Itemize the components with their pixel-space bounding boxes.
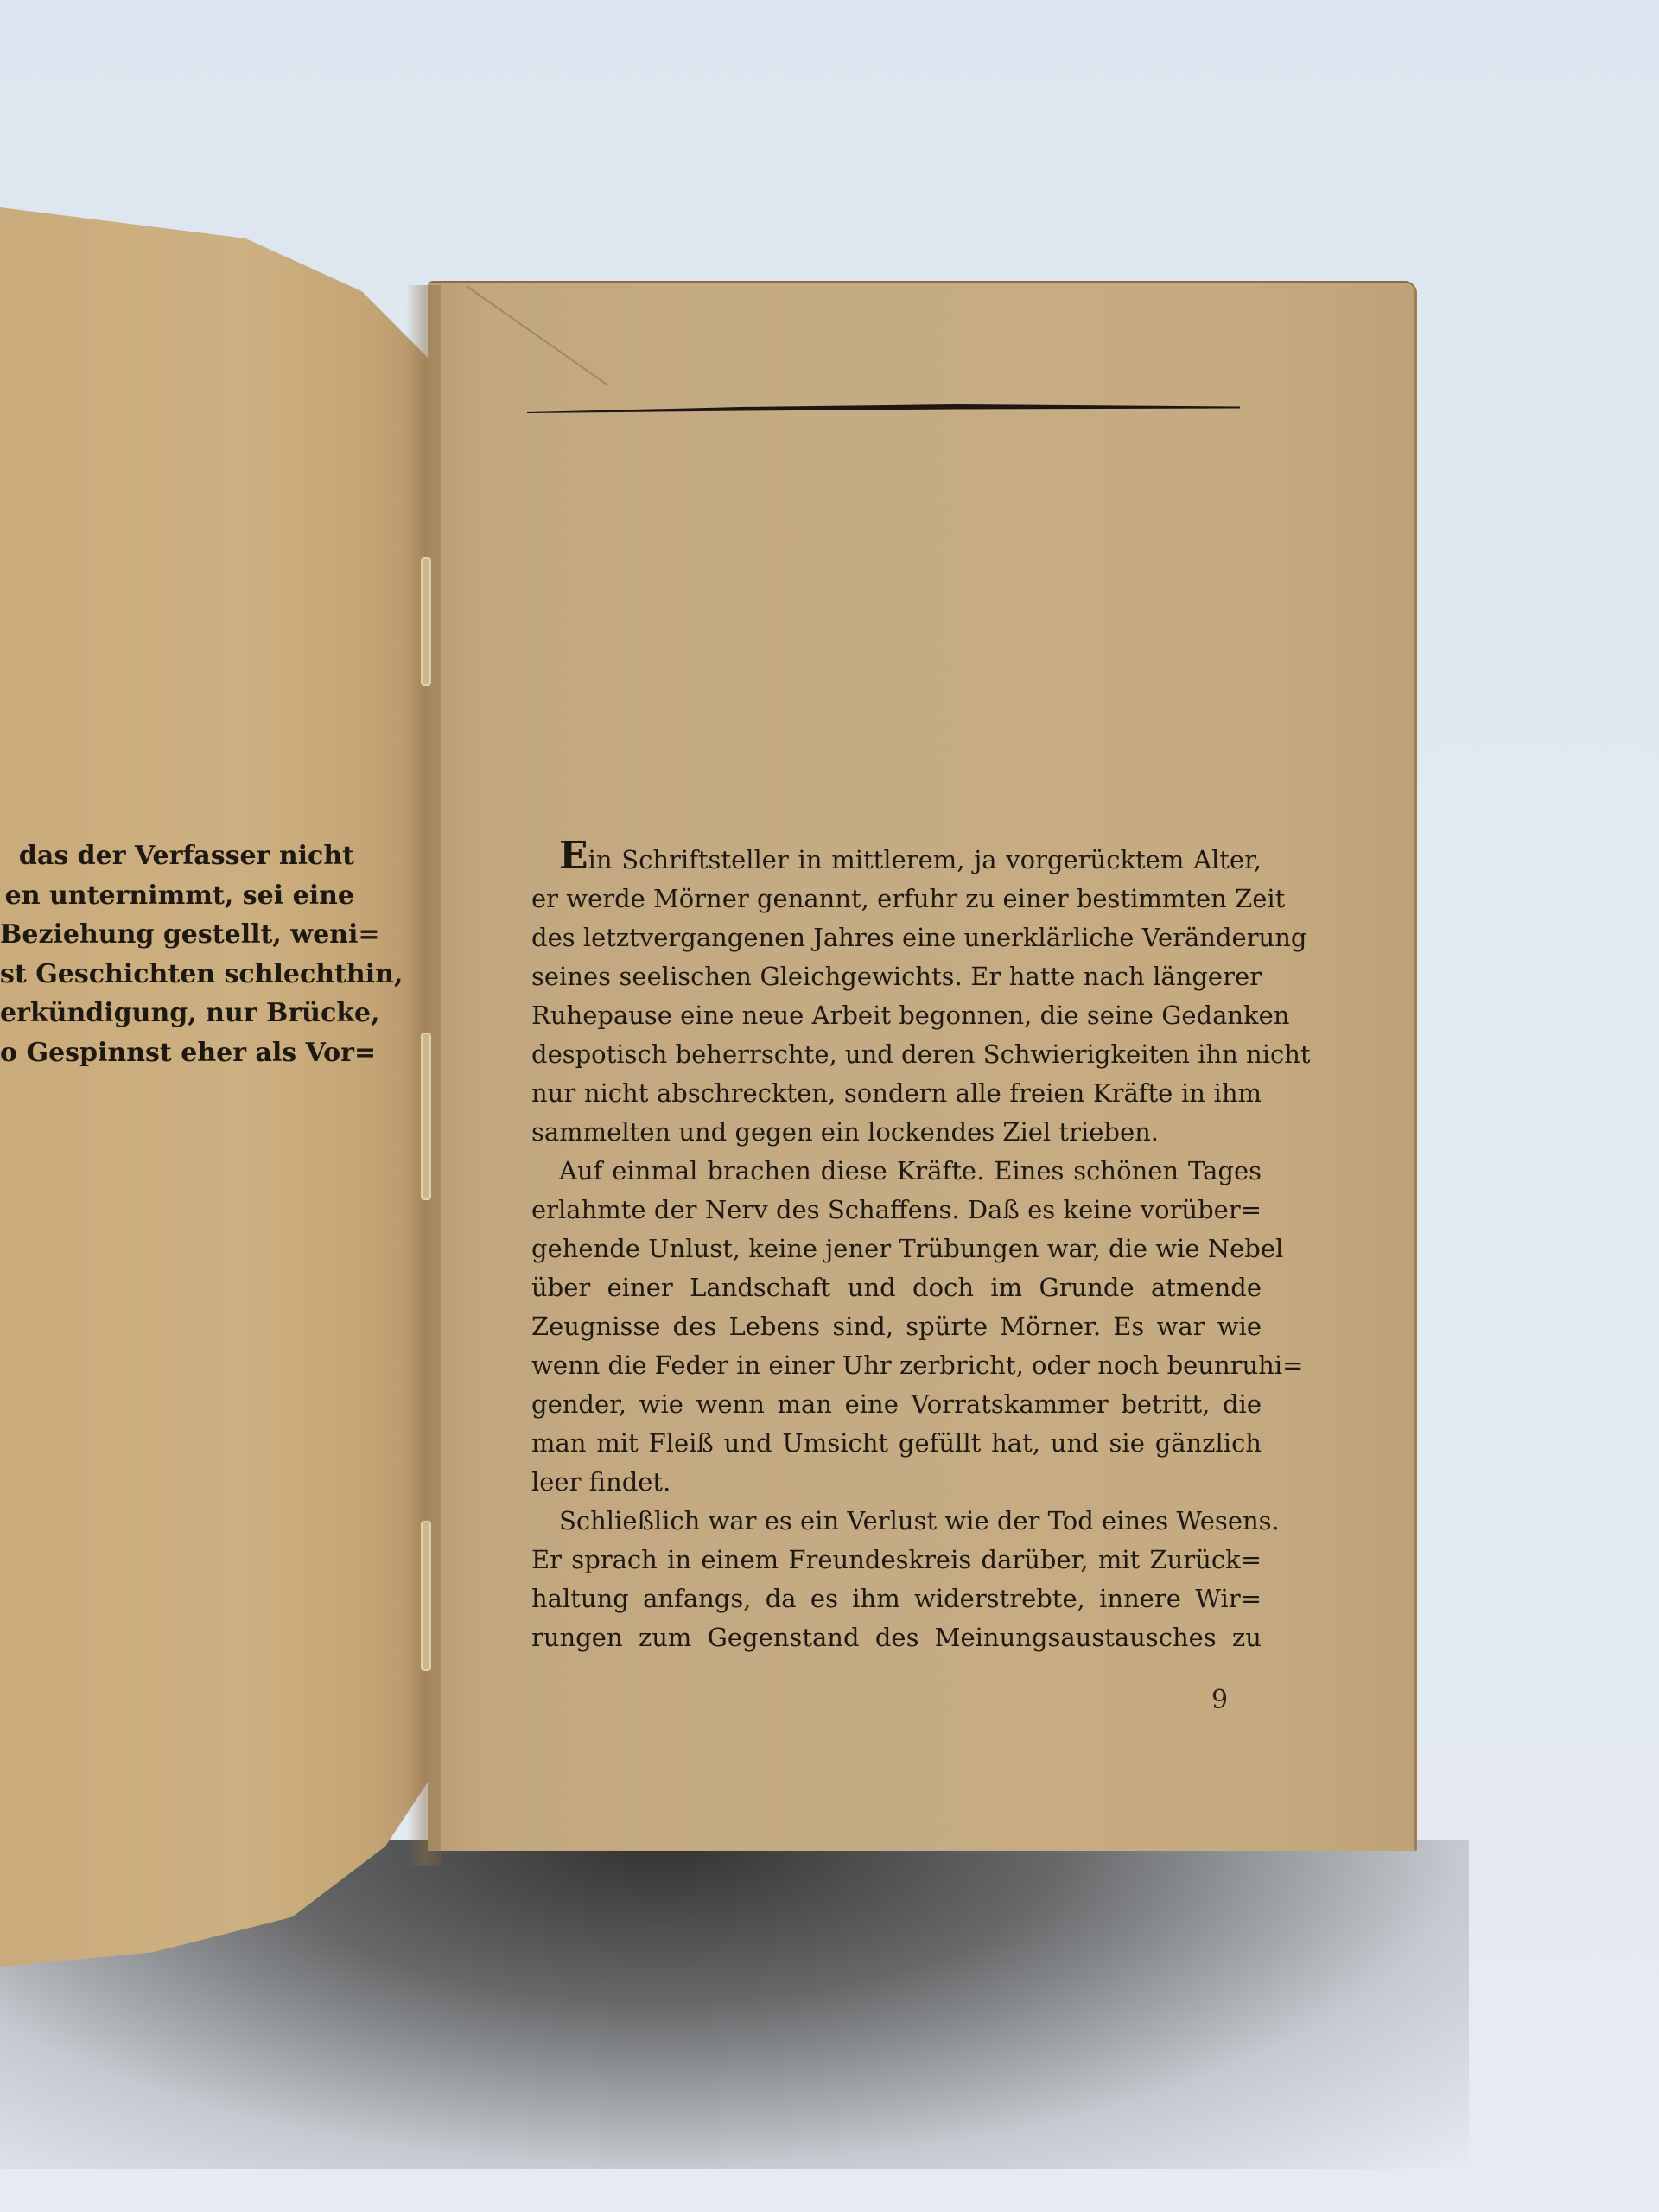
text-line: sammelten und gegen ein lockendes Ziel t… <box>531 1113 1262 1152</box>
text-line: seines seelischen Gleichgewichts. Er hat… <box>531 957 1262 996</box>
text-line: Zeugnisse des Lebens sind, spürte Mörner… <box>531 1307 1262 1346</box>
text-line: en unternimmt, sei eine <box>0 876 354 916</box>
text-line: despotisch beherrschte, und deren Schwie… <box>531 1035 1262 1074</box>
text-line: Beziehung gestellt, weni= <box>0 915 354 955</box>
text-line: Schließlich war es ein Verlust wie der T… <box>531 1502 1262 1541</box>
text-line: o Gespinnst eher als Vor= <box>0 1033 354 1073</box>
text-line: wenn die Feder in einer Uhr zerbricht, o… <box>531 1346 1262 1385</box>
left-page <box>0 203 432 1970</box>
text-line: st Geschichten schlechthin, <box>0 955 354 995</box>
text-line: über einer Landschaft und doch im Grunde… <box>531 1268 1262 1307</box>
text-line: erlahmte der Nerv des Schaffens. Daß es … <box>531 1191 1262 1230</box>
text-line: leer findet. <box>531 1463 1262 1502</box>
binding-thread <box>421 1033 431 1200</box>
text-line: rungen zum Gegenstand des Meinungsaustau… <box>531 1618 1262 1657</box>
text-line: gehende Unlust, keine jener Trübungen wa… <box>531 1230 1262 1268</box>
paragraph: Auf einmal brachen diese Kräfte. Eines s… <box>531 1152 1262 1502</box>
drop-cap: E <box>559 834 588 878</box>
text-line: man mit Fleiß und Umsicht gefüllt hat, u… <box>531 1424 1262 1463</box>
page-number: 9 <box>1211 1685 1228 1715</box>
binding-thread <box>421 1521 431 1671</box>
text-line: Ruhepause eine neue Arbeit begonnen, die… <box>531 996 1262 1035</box>
text-line: das der Verfasser nicht <box>0 836 354 876</box>
text-line: Er sprach in einem Freundeskreis darüber… <box>531 1541 1262 1580</box>
text-line: haltung anfangs, da es ihm widerstrebte,… <box>531 1580 1262 1618</box>
left-page-text: das der Verfasser nicht en unternimmt, s… <box>0 836 354 1072</box>
binding-thread <box>421 557 431 686</box>
text-line: Auf einmal brachen diese Kräfte. Eines s… <box>531 1152 1262 1191</box>
text-line: gender, wie wenn man eine Vorratskammer … <box>531 1385 1262 1424</box>
text-line: erkündigung, nur Brücke, <box>0 994 354 1033</box>
right-page-text: Ein Schriftsteller in mittlerem, ja vorg… <box>531 836 1262 1657</box>
text-line: nur nicht abschreckten, sondern alle fre… <box>531 1074 1262 1113</box>
text-line: Ein Schriftsteller in mittlerem, ja vorg… <box>531 836 1262 880</box>
text-line: er werde Mörner genannt, erfuhr zu einer… <box>531 880 1262 918</box>
paragraph: Schließlich war es ein Verlust wie der T… <box>531 1502 1262 1657</box>
paragraph: Ein Schriftsteller in mittlerem, ja vorg… <box>531 836 1262 1152</box>
text-line: des letztvergangenen Jahres eine unerklä… <box>531 918 1262 957</box>
